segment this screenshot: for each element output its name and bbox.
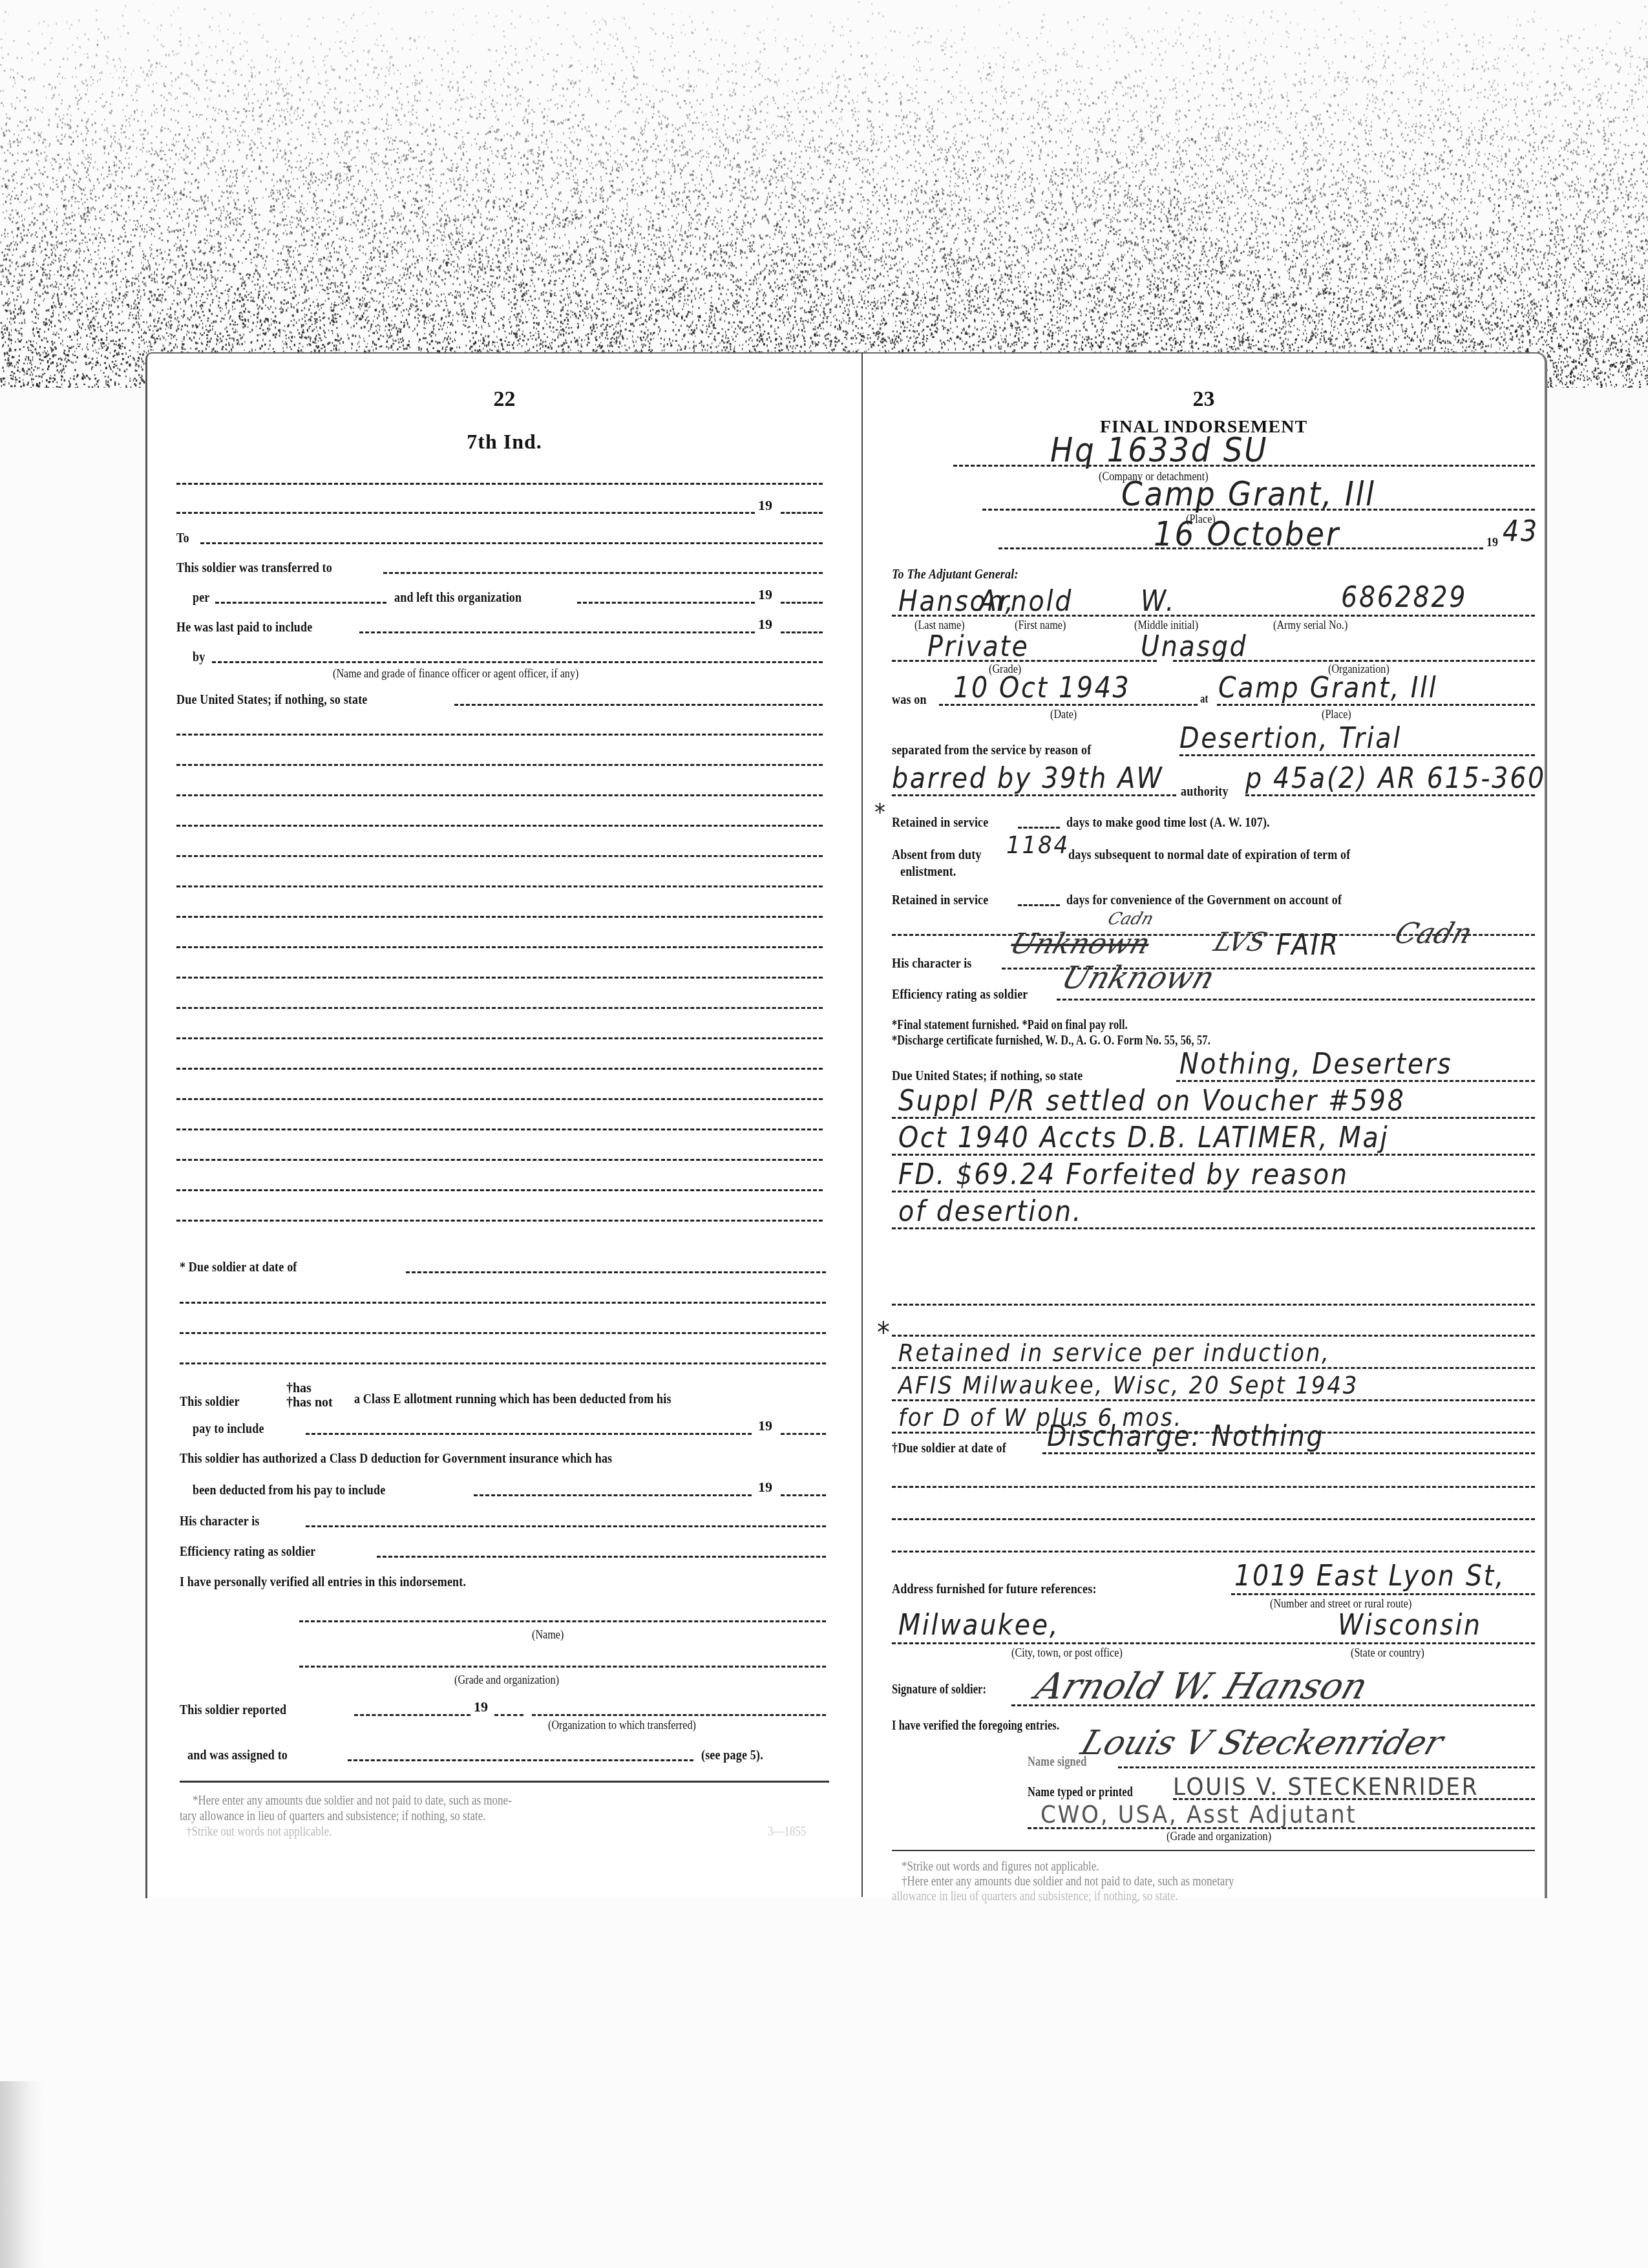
salutation: To The Adjutant General: <box>892 566 1019 582</box>
retained-convenience-suffix: days for convenience of the Government o… <box>1066 891 1342 908</box>
separation-reason-field[interactable] <box>1179 754 1535 756</box>
finance-officer-caption: (Name and grade of finance officer or ag… <box>333 667 578 681</box>
has-has-not-options[interactable]: †has †has not <box>286 1381 333 1410</box>
page-23: 23 FINAL INDORSEMENT Hq 1633d SU (Compan… <box>863 352 1547 1898</box>
page-22: 22 7th Ind. 19 To This soldier was trans… <box>145 352 861 1898</box>
due-us-field-line[interactable] <box>892 1191 1535 1192</box>
blank-line[interactable] <box>176 1189 823 1191</box>
due-us-entry-line[interactable]: Suppl P/R settled on Voucher #598 <box>898 1085 1406 1118</box>
year-field[interactable] <box>494 1714 523 1716</box>
efficiency-label: Efficiency rating as soldier <box>892 986 1028 1002</box>
authority-value[interactable]: p 45a(2) AR 615-360 <box>1245 762 1546 795</box>
see-page-note: (see page 5). <box>701 1746 763 1763</box>
character-field[interactable] <box>306 1525 826 1527</box>
to-field[interactable] <box>200 542 823 544</box>
character-initials-2: Cadn <box>1391 917 1477 950</box>
class-e-text: a Class E allotment running which has be… <box>354 1390 671 1407</box>
reported-date-field[interactable] <box>354 1714 470 1716</box>
name-printed-label: Name typed or printed <box>1028 1785 1133 1800</box>
name-printed-value[interactable]: LOUIS V. STECKENRIDER <box>1173 1772 1479 1801</box>
footnote: †Here enter any amounts due soldier and … <box>902 1874 1234 1889</box>
blank-line[interactable] <box>892 1486 1535 1488</box>
absent-label: Absent from duty <box>892 846 982 863</box>
year-prefix: 19 <box>758 616 772 633</box>
absent-suffix-2: enlistment. <box>900 863 956 880</box>
blank-line[interactable] <box>176 483 823 485</box>
due-us-entry-line[interactable]: Nothing, Deserters <box>1179 1048 1452 1081</box>
blank-line[interactable] <box>176 734 823 736</box>
due-us-label: Due United States; if nothing, so state <box>176 691 368 708</box>
separation-reason-line1[interactable]: Desertion, Trial <box>1179 722 1402 755</box>
character-initials: LVS <box>1210 927 1271 957</box>
finance-officer-field[interactable] <box>212 661 823 663</box>
last-paid-field[interactable] <box>359 631 755 633</box>
verified-statement: I have verified the foregoing entries. <box>892 1719 1059 1733</box>
assigned-field[interactable] <box>348 1759 693 1761</box>
due-us-field-line[interactable] <box>892 1227 1535 1229</box>
deducted-date-field[interactable] <box>474 1494 752 1496</box>
due-soldier-label: †Due soldier at date of <box>892 1439 1006 1456</box>
due-us-field-line[interactable] <box>892 1154 1535 1156</box>
left-org-label: and left this organization <box>394 589 522 606</box>
grade-org-caption: (Grade and organization) <box>454 1673 559 1688</box>
blank-line[interactable] <box>176 885 823 887</box>
year-prefix: 19 <box>758 1479 772 1496</box>
name-caption: (Name) <box>532 1628 564 1642</box>
option-has-not[interactable]: †has not <box>286 1395 333 1410</box>
due-us-label: Due United States; if nothing, so state <box>892 1067 1083 1084</box>
efficiency-value[interactable]: Unknown <box>1057 960 1219 996</box>
soldier-signature[interactable]: Arnold W. Hanson <box>1030 1666 1373 1708</box>
due-us-entry-line[interactable]: Oct 1940 Accts D.B. LATIMER, Maj <box>898 1121 1389 1154</box>
per-label: per <box>193 589 210 606</box>
due-us-entry-line[interactable]: of desertion. <box>898 1195 1083 1228</box>
grade-value[interactable]: Private <box>927 630 1030 663</box>
blank-line[interactable] <box>176 764 823 766</box>
asterisk-mark: * <box>874 798 887 827</box>
page-number: 23 <box>863 387 1545 412</box>
blank-line[interactable] <box>176 1220 823 1222</box>
separation-reason-field-2[interactable] <box>892 794 1176 796</box>
deducted-label: been deducted from his pay to include <box>193 1481 385 1498</box>
separation-reason-line2[interactable]: barred by 39th AW <box>892 762 1163 795</box>
place-caption: (Place) <box>1322 708 1351 722</box>
efficiency-field[interactable] <box>1057 999 1535 1001</box>
year-field[interactable] <box>781 512 823 514</box>
city-caption: (City, town, or post office) <box>1011 1646 1123 1660</box>
remark-field-line[interactable] <box>892 1399 1535 1401</box>
transferred-label: This soldier was transferred to <box>176 559 332 576</box>
retained-good-time-label: Retained in service <box>892 814 988 831</box>
org-transferred-field[interactable] <box>532 1714 826 1716</box>
street-field[interactable] <box>1231 1593 1535 1595</box>
name-field[interactable] <box>299 1620 826 1622</box>
blank-line[interactable] <box>176 1068 823 1070</box>
separation-place-field[interactable] <box>1217 704 1535 706</box>
due-soldier-value[interactable]: Discharge: Nothing <box>1047 1420 1324 1453</box>
date-field[interactable] <box>998 547 1483 549</box>
assigned-label: and was assigned to <box>187 1746 288 1763</box>
year-prefix: 19 <box>474 1699 488 1715</box>
class-e-prefix: This soldier <box>180 1393 240 1410</box>
remark-entry-line[interactable]: Retained in service per induction, <box>898 1339 1331 1367</box>
separation-place-value[interactable]: Camp Grant, Ill <box>1218 672 1437 705</box>
year-prefix: 19 <box>758 586 772 603</box>
blank-line[interactable] <box>180 1362 826 1364</box>
reported-label: This soldier reported <box>180 1701 286 1718</box>
blank-line[interactable] <box>180 1332 826 1334</box>
character-label: His character is <box>180 1512 260 1529</box>
due-soldier-field[interactable] <box>406 1271 826 1273</box>
footnote: *Here enter any amounts due soldier and … <box>193 1794 512 1808</box>
authority-field[interactable] <box>1245 794 1535 796</box>
separated-label: separated from the service by reason of <box>892 741 1091 758</box>
due-us-entry-line[interactable]: FD. $69.24 Forfeited by reason <box>898 1158 1349 1191</box>
middle-initial-value[interactable]: W. <box>1141 585 1176 618</box>
remark-field-line[interactable] <box>892 1367 1535 1369</box>
verified-statement: I have personally verified all entries i… <box>180 1573 466 1590</box>
blank-line[interactable] <box>176 1037 823 1039</box>
by-label: by <box>193 648 205 665</box>
efficiency-field[interactable] <box>377 1556 826 1558</box>
character-struck-value[interactable]: Unknown <box>1006 927 1154 960</box>
year-prefix: 19 <box>1486 536 1498 549</box>
officer-grade-org-value[interactable]: CWO, USA, Asst Adjutant <box>1041 1800 1357 1828</box>
blank-line[interactable] <box>892 1335 1535 1337</box>
at-label: at <box>1200 692 1209 706</box>
blank-line[interactable] <box>176 977 823 979</box>
grade-field[interactable] <box>892 660 1157 662</box>
state-value[interactable]: Wisconsin <box>1338 1609 1482 1642</box>
blank-line[interactable] <box>176 916 823 918</box>
remark-entry-line[interactable]: AFIS Milwaukee, Wisc, 20 Sept 1943 <box>898 1371 1358 1399</box>
due-us-field-line[interactable] <box>892 1117 1535 1119</box>
pay-to-include-label: pay to include <box>193 1420 264 1437</box>
organization-value[interactable]: Unasgd <box>1141 630 1247 663</box>
footnote-rule <box>180 1781 829 1783</box>
footnote: †Strike out words not applicable. <box>186 1825 332 1839</box>
serial-number-value[interactable]: 6862829 <box>1341 581 1467 614</box>
street-value[interactable]: 1019 East Lyon St, <box>1234 1560 1505 1593</box>
due-us-field-line[interactable] <box>1176 1080 1535 1082</box>
footnote: tary allowance in lieu of quarters and s… <box>180 1809 486 1824</box>
footnote: *Strike out words and figures not applic… <box>902 1860 1099 1874</box>
blank-line[interactable] <box>176 794 823 796</box>
serial-number-caption: (Army serial No.) <box>1273 619 1347 633</box>
year-prefix: 19 <box>758 497 772 514</box>
officer-grade-org-field[interactable] <box>1028 1827 1535 1829</box>
place-value[interactable]: Camp Grant, Ill <box>1121 475 1376 514</box>
efficiency-label: Efficiency rating as soldier <box>180 1543 316 1560</box>
date-line[interactable] <box>176 512 755 514</box>
separation-date-field[interactable] <box>939 704 1198 706</box>
officer-signature[interactable]: Louis V Steckenrider <box>1076 1724 1448 1763</box>
year-field[interactable] <box>781 631 823 633</box>
final-statement-note: *Final statement furnished. *Paid on fin… <box>892 1018 1128 1033</box>
city-state-field[interactable] <box>892 1642 1535 1644</box>
year-field[interactable] <box>781 1433 826 1435</box>
to-label: To <box>176 529 189 546</box>
retained-good-time-days[interactable] <box>1018 827 1060 829</box>
form-code: 3—1855 <box>768 1825 807 1839</box>
character-value[interactable]: FAIR <box>1276 929 1340 962</box>
blank-line[interactable] <box>176 946 823 948</box>
blank-line[interactable] <box>176 1159 823 1161</box>
footnote: allowance in lieu of quarters and subsis… <box>892 1889 1178 1904</box>
retained-good-time-suffix: days to make good time lost (A. W. 107). <box>1066 814 1270 831</box>
indorsement-heading: 7th Ind. <box>147 430 861 454</box>
footnote-rule <box>892 1850 1535 1851</box>
retained-convenience-label: Retained in service <box>892 891 988 908</box>
blank-line[interactable] <box>176 825 823 827</box>
state-caption: (State or country) <box>1351 1646 1424 1660</box>
org-transferred-caption: (Organization to which transferred) <box>548 1719 696 1733</box>
scan-noise-background <box>0 0 1648 388</box>
company-value[interactable]: Hq 1633d SU <box>1050 431 1268 470</box>
due-us-field[interactable] <box>454 704 823 706</box>
class-d-text: This soldier has authorized a Class D de… <box>180 1450 612 1467</box>
name-signed-field[interactable] <box>1118 1766 1535 1768</box>
soldier-name-field[interactable] <box>892 615 1535 617</box>
date-caption: (Date) <box>1050 708 1077 722</box>
organization-field[interactable] <box>1173 660 1535 662</box>
was-on-label: was on <box>892 691 927 708</box>
absent-days-value[interactable]: 1184 <box>1006 831 1070 859</box>
option-has[interactable]: †has <box>286 1381 333 1395</box>
signature-field[interactable] <box>1011 1704 1535 1706</box>
grade-org-field[interactable] <box>299 1666 826 1668</box>
per-field[interactable] <box>215 602 386 604</box>
discharge-certificate-note: *Discharge certificate furnished, W. D.,… <box>892 1033 1210 1048</box>
retained-convenience-days[interactable] <box>1018 904 1060 906</box>
scan-edge-shadow <box>0 2081 45 2268</box>
last-paid-label: He was last paid to include <box>176 619 312 635</box>
officer-grade-org-caption: (Grade and organization) <box>1167 1830 1271 1844</box>
year-field[interactable] <box>781 602 823 604</box>
asterisk-mark: * <box>877 1317 892 1350</box>
address-label: Address furnished for future references: <box>892 1580 1097 1597</box>
blank-line[interactable] <box>892 1304 1535 1306</box>
city-value[interactable]: Milwaukee, <box>898 1609 1059 1642</box>
year-prefix: 19 <box>758 1417 772 1434</box>
year-field[interactable] <box>781 1494 826 1496</box>
blank-line[interactable] <box>176 1098 823 1100</box>
blank-line[interactable] <box>176 855 823 857</box>
authority-label: authority <box>1181 783 1229 800</box>
place-field[interactable] <box>982 509 1535 511</box>
blank-line[interactable] <box>892 1551 1535 1553</box>
pay-to-include-field[interactable] <box>306 1433 752 1435</box>
blank-line[interactable] <box>892 1518 1535 1520</box>
absent-suffix: days subsequent to normal date of expira… <box>1068 846 1350 863</box>
separation-date-value[interactable]: 10 Oct 1943 <box>953 672 1131 705</box>
transferred-field[interactable] <box>383 572 823 574</box>
signature-label: Signature of soldier: <box>892 1682 986 1697</box>
due-soldier-label: * Due soldier at date of <box>180 1258 297 1275</box>
character-label: His character is <box>892 955 972 971</box>
left-org-date-field[interactable] <box>577 602 755 604</box>
company-field[interactable] <box>953 465 1535 467</box>
blank-line[interactable] <box>180 1302 826 1304</box>
first-name-value[interactable]: Arnold <box>979 585 1073 618</box>
year-value[interactable]: 43 <box>1503 515 1539 548</box>
page-number: 22 <box>147 387 861 412</box>
blank-line[interactable] <box>176 1007 823 1009</box>
correction-initials: Cadn <box>1105 909 1156 929</box>
blank-line[interactable] <box>176 1129 823 1130</box>
